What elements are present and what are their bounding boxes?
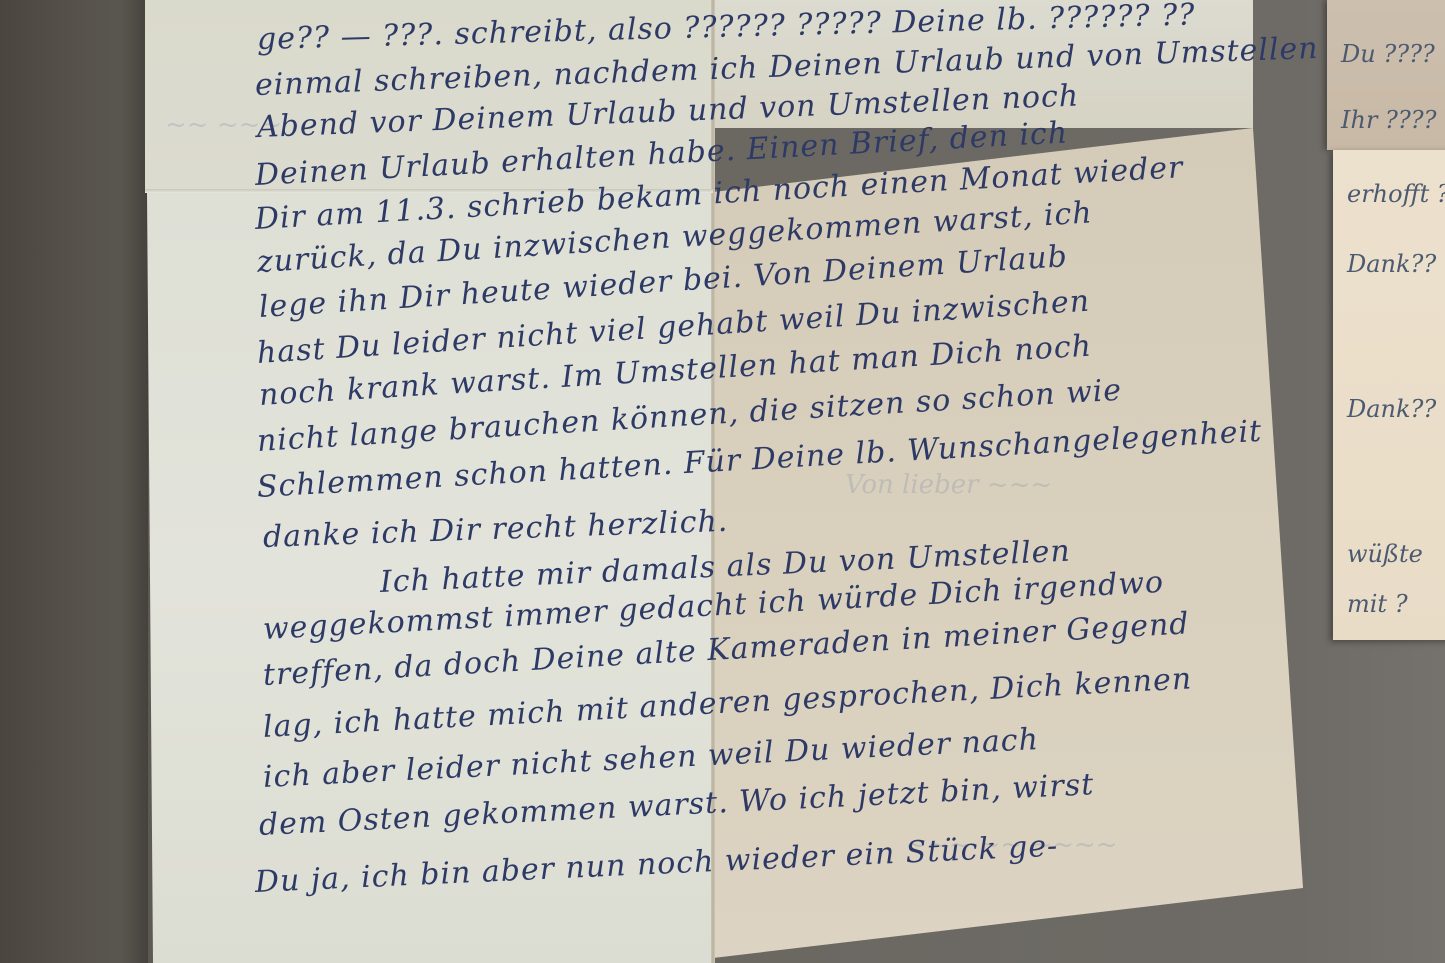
sheet-shadow <box>120 0 148 963</box>
card-handwritten-line: Dank?? <box>1347 395 1436 423</box>
letter-sheet: ~~ ~~~ Von lieber ~~~ ~~~ ~~ ~~~~ ge?? —… <box>145 0 1305 963</box>
card-handwritten-line: Dank?? <box>1347 250 1436 278</box>
card-handwritten-line: mit ? <box>1347 590 1408 618</box>
card-handwritten-line: erhofft ?? <box>1347 180 1445 208</box>
handwritten-card-top: Du ???? Ihr ???? <box>1327 0 1445 150</box>
card-handwritten-line: wüßte <box>1347 540 1423 568</box>
card-handwritten-line: Du ???? <box>1341 40 1435 68</box>
bleed-through-text: Von lieber ~~~ <box>845 470 1052 500</box>
handwritten-card-lower: erhofft ?? Dank?? Dank?? wüßte mit ? <box>1333 150 1445 640</box>
card-handwritten-line: Ihr ???? <box>1341 106 1437 134</box>
